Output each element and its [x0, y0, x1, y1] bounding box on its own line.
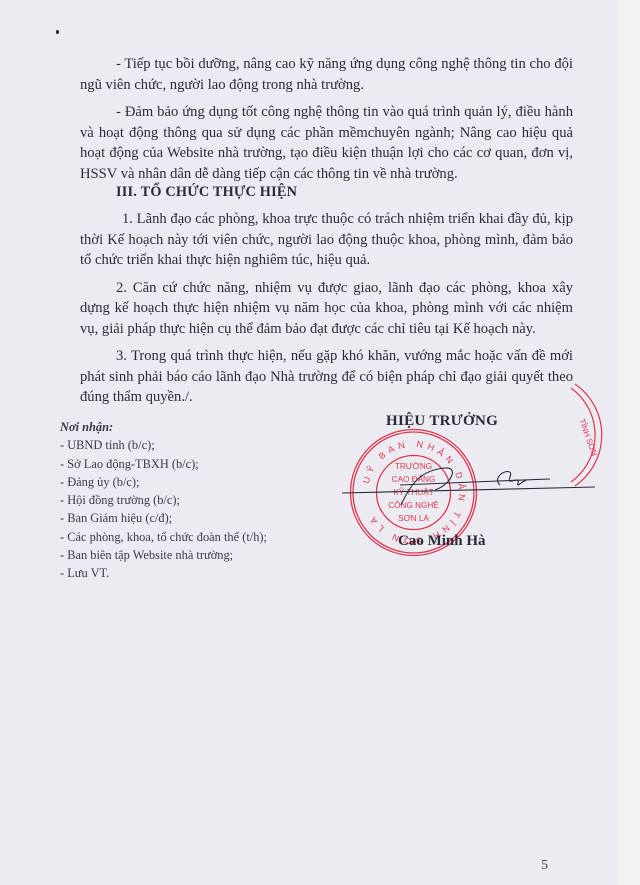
page-number: 5	[541, 858, 548, 874]
recipient-item: - Lưu VT.	[60, 564, 267, 582]
paragraph: 3. Trong quá trình thực hiện, nếu gặp kh…	[80, 346, 573, 408]
recipient-item: - Đảng ủy (b/c);	[60, 473, 267, 491]
recipients-title: Nơi nhận:	[60, 418, 267, 436]
paragraph: - Tiếp tục bồi dưỡng, nâng cao kỹ năng ứ…	[80, 54, 573, 95]
handwritten-signature	[340, 465, 600, 505]
paragraph: 1. Lãnh đạo các phòng, khoa trực thuộc c…	[80, 209, 573, 271]
recipients-list: - UBND tỉnh (b/c);- Sở Lao động-TBXH (b/…	[60, 436, 267, 582]
recipient-item: - Ban biên tập Website nhà trường;	[60, 546, 267, 564]
section-heading: III. TỔ CHỨC THỰC HIỆN	[116, 184, 297, 201]
svg-text:SƠN LA: SƠN LA	[398, 514, 429, 523]
body-paragraphs-section: 1. Lãnh đạo các phòng, khoa trực thuộc c…	[80, 209, 573, 415]
recipient-item: - Hội đồng trường (b/c);	[60, 491, 267, 509]
svg-text:TỈNH SƠN: TỈNH SƠN	[577, 418, 599, 458]
signer-name: Cao Minh Hà	[398, 533, 486, 550]
body-paragraphs-top: - Tiếp tục bồi dưỡng, nâng cao kỹ năng ứ…	[80, 54, 573, 191]
recipient-item: - Sở Lao động-TBXH (b/c);	[60, 455, 267, 473]
recipient-item: - Ban Giám hiệu (c/đ);	[60, 509, 267, 527]
recipient-item: - Các phòng, khoa, tổ chức đoàn thể (t/h…	[60, 528, 267, 546]
scan-speck	[56, 30, 59, 34]
recipient-item: - UBND tỉnh (b/c);	[60, 436, 267, 454]
paragraph: - Đảm bảo ứng dụng tốt công nghệ thông t…	[80, 102, 573, 184]
paragraph: 2. Căn cứ chức năng, nhiệm vụ được giao,…	[80, 278, 573, 340]
recipients-block: Nơi nhận: - UBND tỉnh (b/c);- Sở Lao độn…	[60, 418, 267, 583]
